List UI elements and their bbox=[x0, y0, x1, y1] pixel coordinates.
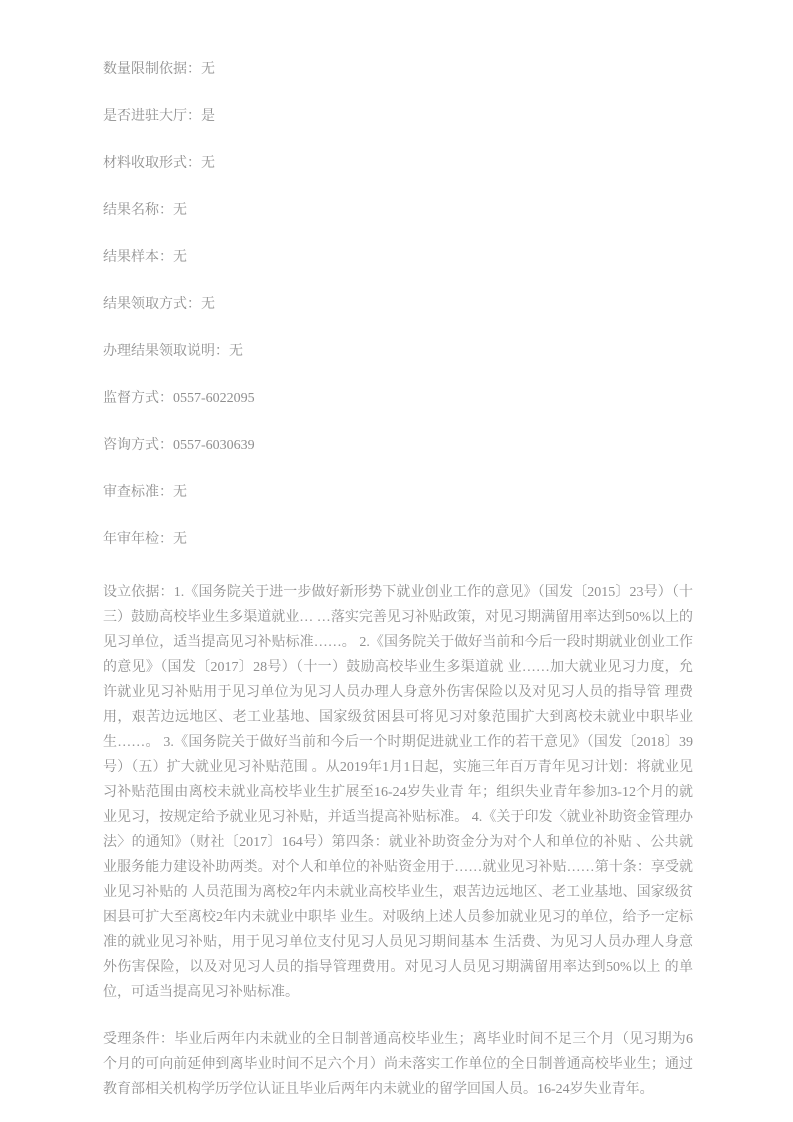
field-material-collection-form: 材料收取形式：无 bbox=[103, 157, 693, 171]
field-value: 无 bbox=[229, 344, 243, 359]
field-enter-service-hall: 是否进驻大厅：是 bbox=[103, 110, 693, 124]
field-label: 结果领取方式 bbox=[103, 297, 187, 312]
field-separator: ： bbox=[159, 532, 173, 547]
field-value: 无 bbox=[173, 485, 187, 500]
field-result-sample: 结果样本：无 bbox=[103, 251, 693, 265]
field-value: 毕业后两年内未就业的全日制普通高校毕业生；离毕业时间不足三个月（见习期为6个月的… bbox=[103, 1032, 693, 1097]
field-separator: ： bbox=[187, 109, 201, 124]
field-separator: ： bbox=[215, 344, 229, 359]
field-establishment-basis: 设立依据：1.《国务院关于进一步做好新形势下就业创业工作的意见》（国发〔2015… bbox=[103, 580, 693, 1005]
field-separator: ： bbox=[159, 250, 173, 265]
field-acceptance-conditions: 受理条件：毕业后两年内未就业的全日制普通高校毕业生；离毕业时间不足三个月（见习期… bbox=[103, 1027, 693, 1102]
field-separator: ： bbox=[159, 438, 173, 453]
field-value: 0557-6022095 bbox=[173, 391, 255, 406]
field-value: 无 bbox=[173, 203, 187, 218]
field-label: 设立依据 bbox=[103, 585, 160, 600]
field-value: 0557-6030639 bbox=[173, 438, 255, 453]
field-value: 无 bbox=[201, 62, 215, 77]
field-label: 是否进驻大厅 bbox=[103, 109, 187, 124]
field-quantity-limit-basis: 数量限制依据：无 bbox=[103, 63, 693, 77]
field-separator: ： bbox=[160, 585, 174, 600]
field-value: 无 bbox=[201, 297, 215, 312]
field-value: 无 bbox=[173, 532, 187, 547]
field-result-collection-method: 结果领取方式：无 bbox=[103, 298, 693, 312]
field-separator: ： bbox=[187, 62, 201, 77]
field-review-standard: 审查标准：无 bbox=[103, 486, 693, 500]
field-result-name: 结果名称：无 bbox=[103, 204, 693, 218]
field-label: 结果样本 bbox=[103, 250, 159, 265]
field-consultation-phone: 咨询方式：0557-6030639 bbox=[103, 439, 693, 453]
field-label: 年审年检 bbox=[103, 532, 159, 547]
field-supervision-phone: 监督方式：0557-6022095 bbox=[103, 392, 693, 406]
field-label: 数量限制依据 bbox=[103, 62, 187, 77]
field-label: 办理结果领取说明 bbox=[103, 344, 215, 359]
field-separator: ： bbox=[159, 391, 173, 406]
field-annual-inspection: 年审年检：无 bbox=[103, 533, 693, 547]
field-separator: ： bbox=[159, 203, 173, 218]
field-label: 审查标准 bbox=[103, 485, 159, 500]
field-separator: ： bbox=[159, 485, 173, 500]
field-label: 受理条件 bbox=[103, 1032, 160, 1047]
field-value: 是 bbox=[201, 109, 215, 124]
field-separator: ： bbox=[187, 297, 201, 312]
field-separator: ： bbox=[160, 1032, 174, 1047]
field-separator: ： bbox=[187, 156, 201, 171]
field-label: 结果名称 bbox=[103, 203, 159, 218]
service-detail-document: 数量限制依据：无 是否进驻大厅：是 材料收取形式：无 结果名称：无 结果样本：无… bbox=[0, 0, 793, 1122]
field-label: 材料收取形式 bbox=[103, 156, 187, 171]
field-label: 监督方式 bbox=[103, 391, 159, 406]
field-result-collection-note: 办理结果领取说明：无 bbox=[103, 345, 693, 359]
field-value: 1.《国务院关于进一步做好新形势下就业创业工作的意见》（国发〔2015〕23号）… bbox=[103, 585, 693, 1000]
field-label: 咨询方式 bbox=[103, 438, 159, 453]
field-value: 无 bbox=[173, 250, 187, 265]
field-value: 无 bbox=[201, 156, 215, 171]
